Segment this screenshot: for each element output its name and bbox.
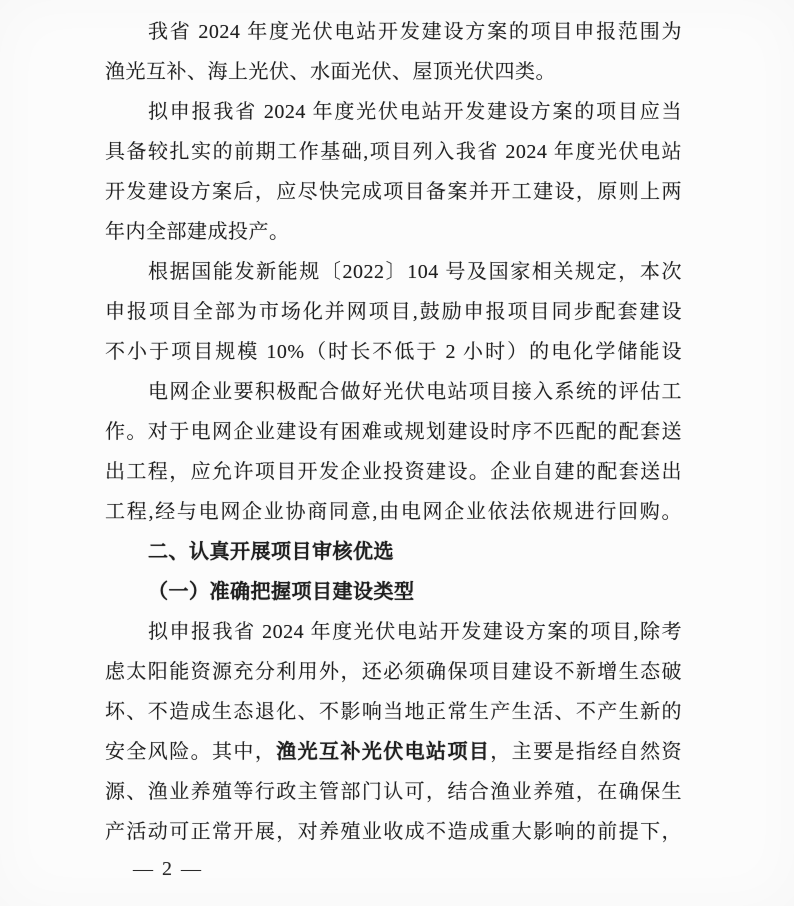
page-number: — 2 —: [133, 858, 203, 881]
body-line: 拟申报我省 2024 年度光伏电站开发建设方案的项目应当: [105, 92, 682, 132]
body-line: 安全风险。其中，渔光互补光伏电站项目，主要是指经自然资: [105, 732, 682, 772]
body-line: 拟申报我省 2024 年度光伏电站开发建设方案的项目,除考: [105, 612, 682, 652]
body-line: 工程,经与电网企业协商同意,由电网企业依法依规进行回购。: [105, 492, 682, 532]
body-line: 开发建设方案后，应尽快完成项目备案并开工建设，原则上两: [105, 172, 682, 212]
body-line: 年内全部建成投产。: [105, 212, 682, 252]
body-line: 源、渔业养殖等行政主管部门认可，结合渔业养殖，在确保生: [105, 772, 682, 812]
body-line: 根据国能发新能规〔2022〕104 号及国家相关规定，本次: [105, 252, 682, 292]
body-text: ，主要是指经自然资: [490, 741, 682, 763]
body-line: 出工程，应允许项目开发企业投资建设。企业自建的配套送出: [105, 452, 682, 492]
body-line: 电网企业要积极配合做好光伏电站项目接入系统的评估工: [105, 372, 682, 412]
body-line: 作。对于电网企业建设有困难或规划建设时序不匹配的配套送: [105, 412, 682, 452]
document-page: 我省 2024 年度光伏电站开发建设方案的项目申报范围为 渔光互补、海上光伏、水…: [0, 0, 794, 906]
body-line: 产活动可正常开展，对养殖业收成不造成重大影响的前提下，: [105, 812, 682, 852]
subsection-heading: （一）准确把握项目建设类型: [105, 572, 682, 612]
body-line: 坏、不造成生态退化、不影响当地正常生产生活、不产生新的: [105, 692, 682, 732]
body-line: 虑太阳能资源充分利用外，还必须确保项目建设不新增生态破: [105, 652, 682, 692]
bold-term: 渔光互补光伏电站项目: [276, 741, 490, 763]
text-column: 我省 2024 年度光伏电站开发建设方案的项目申报范围为 渔光互补、海上光伏、水…: [105, 12, 682, 852]
body-line: 具备较扎实的前期工作基础,项目列入我省 2024 年度光伏电站: [105, 132, 682, 172]
body-line: 不小于项目规模 10%（时长不低于 2 小时）的电化学储能设施。: [105, 332, 682, 372]
body-line: 我省 2024 年度光伏电站开发建设方案的项目申报范围为: [105, 12, 682, 52]
section-heading: 二、认真开展项目审核优选: [105, 532, 682, 572]
body-line: 渔光互补、海上光伏、水面光伏、屋顶光伏四类。: [105, 52, 682, 92]
body-line: 申报项目全部为市场化并网项目,鼓励申报项目同步配套建设: [105, 292, 682, 332]
body-text: 安全风险。其中，: [105, 741, 276, 763]
